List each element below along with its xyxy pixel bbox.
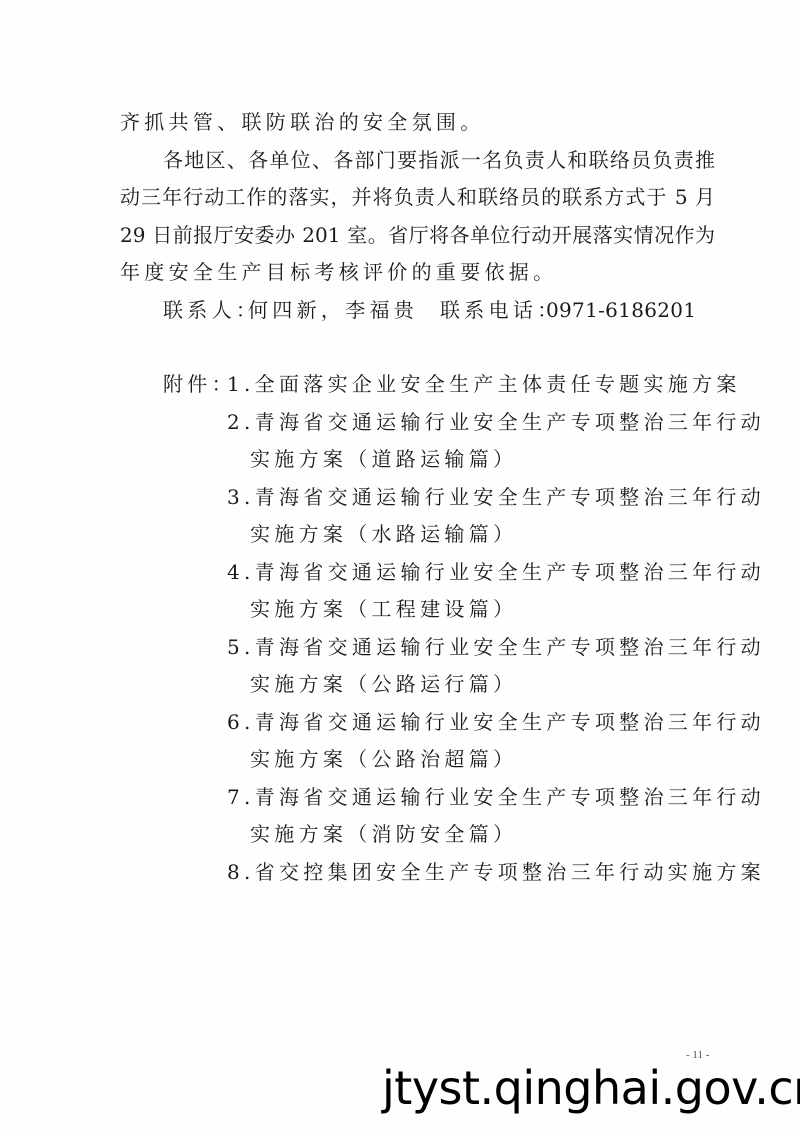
attachment-item-6: 6.青海省交通运输行业安全生产专项整治三年行动 [227,710,765,734]
attachment-item-4: 4.青海省交通运输行业安全生产专项整治三年行动 [227,560,765,584]
attachment-item-1: 1.全面落实企业安全生产主体责任专题实施方案 [227,372,741,396]
attachment-item-2-cont: 实施方案（道路运输篇） [250,447,517,471]
body-line: 29 日前报厅安委办 201 室。省厅将各单位行动开展落实情况作为 [120,223,715,247]
attachment-item-7-cont: 实施方案（消防安全篇） [250,822,517,846]
contact-phone-label: 联系电话： [440,298,562,322]
body-line: 齐抓共管、联防联治的安全氛围。 [120,110,485,134]
contact-phone: 0971-6186201 [546,298,696,322]
attachment-item-3: 3.青海省交通运输行业安全生产专项整治三年行动 [227,485,765,509]
attachments-label: 附件： [163,372,236,396]
body-line: 各地区、各单位、各部门要指派一名负责人和联络员负责推 [163,148,715,172]
contact-person-label: 联系人： [163,298,260,322]
attachment-item-5-cont: 实施方案（公路运行篇） [250,672,517,696]
body-line: 年度安全生产目标考核评价的重要依据。 [120,260,557,284]
document-page: 齐抓共管、联防联治的安全氛围。 各地区、各单位、各部门要指派一名负责人和联络员负… [0,0,800,1131]
attachment-item-2: 2.青海省交通运输行业安全生产专项整治三年行动 [227,410,765,434]
contact-persons: 何四新，李福贵 [248,298,418,322]
source-watermark: jtyst.qinghai.gov.cn [382,1060,800,1116]
attachment-item-5: 5.青海省交通运输行业安全生产专项整治三年行动 [227,635,765,659]
attachment-item-8: 8.省交控集团安全生产专项整治三年行动实施方案 [227,860,765,884]
attachment-item-7: 7.青海省交通运输行业安全生产专项整治三年行动 [227,785,765,809]
attachment-item-3-cont: 实施方案（水路运输篇） [250,522,517,546]
attachment-item-6-cont: 实施方案（公路治超篇） [250,747,517,771]
body-line: 动三年行动工作的落实，并将负责人和联络员的联系方式于 5 月 [120,185,715,209]
attachment-item-4-cont: 实施方案（工程建设篇） [250,597,517,621]
